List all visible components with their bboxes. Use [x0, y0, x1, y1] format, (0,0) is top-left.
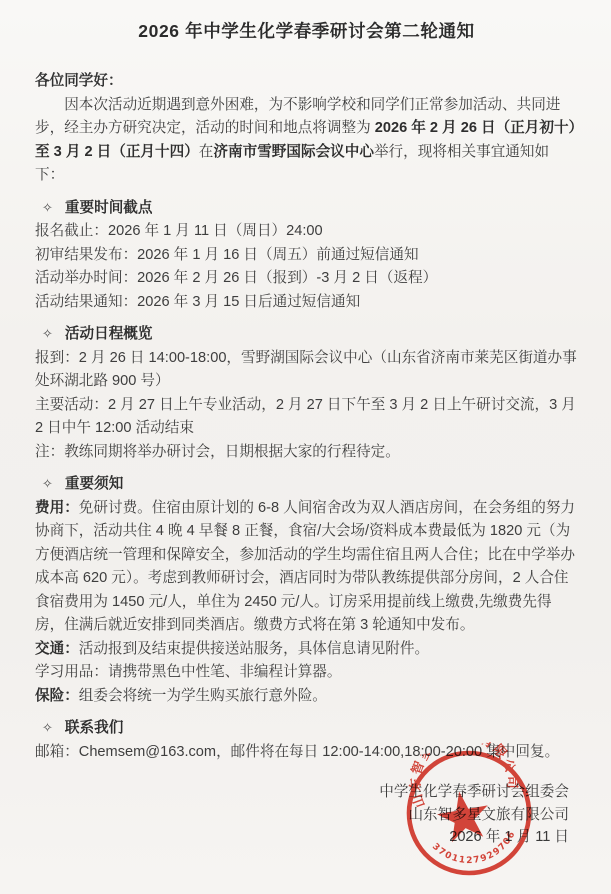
section-heading-important-notes: ✧ 重要须知: [35, 473, 578, 497]
notice-line: 报名截止：2026 年 1 月 11 日（周日）24:00: [35, 220, 578, 244]
insurance-note: 保险：组委会将统一为学生购买旅行意外险。: [35, 685, 578, 709]
insurance-label: 保险：: [35, 688, 79, 704]
signature-block: 中学生化学春季研讨会组委会 山东智多星文旅有限公司 2026 年 1 月 11 …: [379, 781, 569, 849]
notice-line: 注：教练同期将举办研讨会，日期根据大家的行程待定。: [35, 441, 578, 465]
signature-organizer: 中学生化学春季研讨会组委会: [379, 781, 569, 804]
supplies-label: 学习用品：: [35, 664, 108, 680]
notice-line: 报到：2 月 26 日 14:00-18:00，雪野湖国际会议中心（山东省济南市…: [35, 347, 578, 394]
signature-company: 山东智多星文旅有限公司: [379, 804, 569, 827]
document-content: 2026 年中学生化学春季研讨会第二轮通知 各位同学好： 因本次活动近期遇到意外…: [0, 0, 611, 764]
section-heading-important-dates: ✧ 重要时间截点: [35, 197, 578, 221]
transport-text: 活动报到及结束提供接送站服务，具体信息请见附件。: [79, 641, 429, 657]
transport-label: 交通：: [35, 641, 79, 657]
insurance-text: 组委会将统一为学生购买旅行意外险。: [79, 688, 327, 704]
document-title: 2026 年中学生化学春季研讨会第二轮通知: [35, 19, 578, 43]
signature-date: 2026 年 1 月 11 日: [379, 826, 569, 849]
document-page: 2026 年中学生化学春季研讨会第二轮通知 各位同学好： 因本次活动近期遇到意外…: [0, 0, 611, 894]
intro-paragraph: 因本次活动近期遇到意外困难，为不影响学校和同学们正常参加活动、共同进步，经主办方…: [35, 94, 578, 188]
intro-run-3: 在: [199, 144, 214, 160]
section-title: 重要时间截点: [65, 197, 153, 221]
notice-line: 活动结果通知：2026 年 3 月 15 日后通过短信通知: [35, 291, 578, 315]
supplies-note: 学习用品：请携带黑色中性笔、非编程计算器。: [35, 661, 578, 685]
notice-line: 活动举办时间：2026 年 2 月 26 日（报到）-3 月 2 日（返程）: [35, 267, 578, 291]
fee-note: 费用：免研讨费。住宿由原计划的 6-8 人间宿舍改为双人酒店房间，在会务组的努力…: [35, 497, 578, 638]
supplies-text: 请携带黑色中性笔、非编程计算器。: [108, 664, 342, 680]
email-line: 邮箱：Chemsem@163.com，邮件将在每日 12:00-14:00,18…: [35, 741, 578, 765]
sparkle-bullet-icon: ✧: [42, 201, 53, 214]
transport-note: 交通：活动报到及结束提供接送站服务，具体信息请见附件。: [35, 638, 578, 662]
greeting-line: 各位同学好：: [35, 70, 578, 94]
section-title: 活动日程概览: [65, 323, 153, 347]
section-heading-contact: ✧ 联系我们: [35, 717, 578, 741]
section-title: 重要须知: [65, 473, 123, 497]
sparkle-bullet-icon: ✧: [42, 477, 53, 490]
notice-line: 主要活动：2 月 27 日上午专业活动，2 月 27 日下午至 3 月 2 日上…: [35, 394, 578, 441]
notice-line: 初审结果发布：2026 年 1 月 16 日（周五）前通过短信通知: [35, 244, 578, 268]
section-title: 联系我们: [65, 717, 123, 741]
sparkle-bullet-icon: ✧: [42, 327, 53, 340]
intro-venue-bold: 济南市雪野国际会议中心: [213, 144, 374, 160]
sparkle-bullet-icon: ✧: [42, 721, 53, 734]
fee-text: 免研讨费。住宿由原计划的 6-8 人间宿舍改为双人酒店房间，在会务组的努力协商下…: [35, 500, 575, 634]
section-heading-schedule: ✧ 活动日程概览: [35, 323, 578, 347]
fee-label: 费用：: [35, 500, 79, 516]
